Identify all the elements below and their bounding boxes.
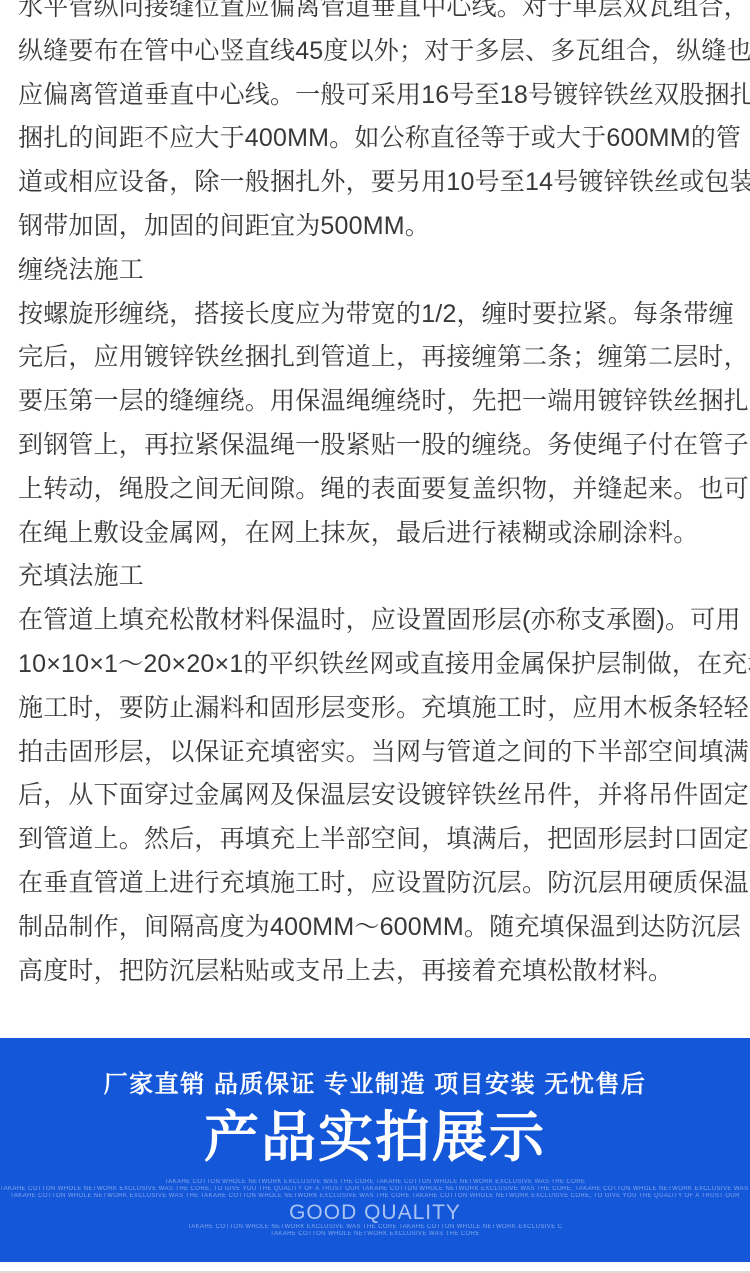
description-line: 道或相应设备，除一般捆扎外，要另用10号至14号镀锌铁丝或包装 — [18, 161, 734, 205]
description-line: 拍击固形层，以保证充填密实。当网与管道之间的下半部空间填满 — [18, 731, 734, 775]
watermark-line: TAKAHE COTTON WHOLE NETWORK EXCLUSIVE WA… — [0, 1224, 750, 1231]
banner-tagline: 厂家直销 品质保证 专业制造 项目安装 无忧售后 — [0, 1038, 750, 1099]
description-line: 后，从下面穿过金属网及保温层安设镀锌铁丝吊件，并将吊件固定 — [18, 774, 734, 818]
description-line: 在绳上敷设金属网，在网上抹灰，最后进行裱糊或涂刷涂料。 — [18, 512, 734, 556]
banner-title: 产品实拍展示 — [0, 1106, 750, 1168]
product-detail-page: 水平管纵向接缝位置应偏离管道垂直中心线。对于单层双瓦组合，纵缝要布在管中心竖直线… — [0, 0, 750, 1273]
description-line: 在管道上填充松散材料保温时，应设置固形层(亦称支承圈)。可用 — [18, 599, 734, 643]
description-line: 按螺旋形缠绕，搭接长度应为带宽的1/2，缠时要拉紧。每条带缠 — [18, 293, 734, 337]
description-line: 施工时，要防止漏料和固形层变形。充填施工时，应用木板条轻轻 — [18, 687, 734, 731]
description-line: 捆扎的间距不应大于400MM。如公称直径等于或大于600MM的管 — [18, 117, 734, 161]
description-line: 充填法施工 — [18, 555, 734, 599]
description-line: 要压第一层的缝缠绕。用保温绳缠绕时，先把一端用镀锌铁丝捆扎 — [18, 380, 734, 424]
description-line: 制品制作，间隔高度为400MM～600MM。随充填保温到达防沉层 — [18, 906, 734, 950]
good-quality-label: GOOD QUALITY — [0, 1201, 750, 1224]
description-line: 上转动，绳股之间无间隙。绳的表面要复盖织物，并缝起来。也可 — [18, 468, 734, 512]
description-line: 钢带加固，加固的间距宜为500MM。 — [18, 205, 734, 249]
watermark-text-below: TAKAHE COTTON WHOLE NETWORK EXCLUSIVE WA… — [0, 1224, 750, 1238]
description-line: 到管道上。然后，再填充上半部空间，填满后，把固形层封口固定。 — [18, 818, 734, 862]
description-line: 纵缝要布在管中心竖直线45度以外；对于多层、多瓦组合，纵缝也 — [18, 30, 734, 74]
description-line: 在垂直管道上进行充填施工时，应设置防沉层。防沉层用硬质保温 — [18, 862, 734, 906]
description-line: 应偏离管道垂直中心线。一般可采用16号至18号镀锌铁丝双股捆扎 — [18, 74, 734, 118]
description-line: 高度时，把防沉层粘贴或支吊上去，再接着充填松散材料。 — [18, 950, 734, 994]
description-text-block: 水平管纵向接缝位置应偏离管道垂直中心线。对于单层双瓦组合，纵缝要布在管中心竖直线… — [18, 0, 734, 993]
watermark-line: TAKAHE COTTON WHOLE NETWORK EXCLUSIVE WA… — [0, 1179, 750, 1186]
description-line: 到钢管上，再拉紧保温绳一股紧贴一股的缠绕。务使绳子付在管子 — [18, 424, 734, 468]
description-line: 10×10×1～20×20×1的平织铁丝网或直接用金属保护层制做，在充填 — [18, 643, 734, 687]
description-line: 完后，应用镀锌铁丝捆扎到管道上，再接缠第二条；缠第二层时， — [18, 336, 734, 380]
watermark-line: TAKAHE COTTON WHOLE NETWORK EXCLUSIVE WA… — [0, 1231, 750, 1238]
description-line: 缠绕法施工 — [18, 249, 734, 293]
promo-banner: 厂家直销 品质保证 专业制造 项目安装 无忧售后 产品实拍展示 TAKAHE C… — [0, 1038, 750, 1262]
watermark-line: TAKAHE COTTON WHOLE NETWORK EXCLUSIVE WA… — [0, 1193, 750, 1200]
watermark-line: TAKAHE COTTON WHOLE NETWORK EXCLUSIVE WA… — [0, 1186, 750, 1193]
watermark-text-above: TAKAHE COTTON WHOLE NETWORK EXCLUSIVE WA… — [0, 1179, 750, 1200]
description-line: 水平管纵向接缝位置应偏离管道垂直中心线。对于单层双瓦组合， — [18, 0, 734, 30]
